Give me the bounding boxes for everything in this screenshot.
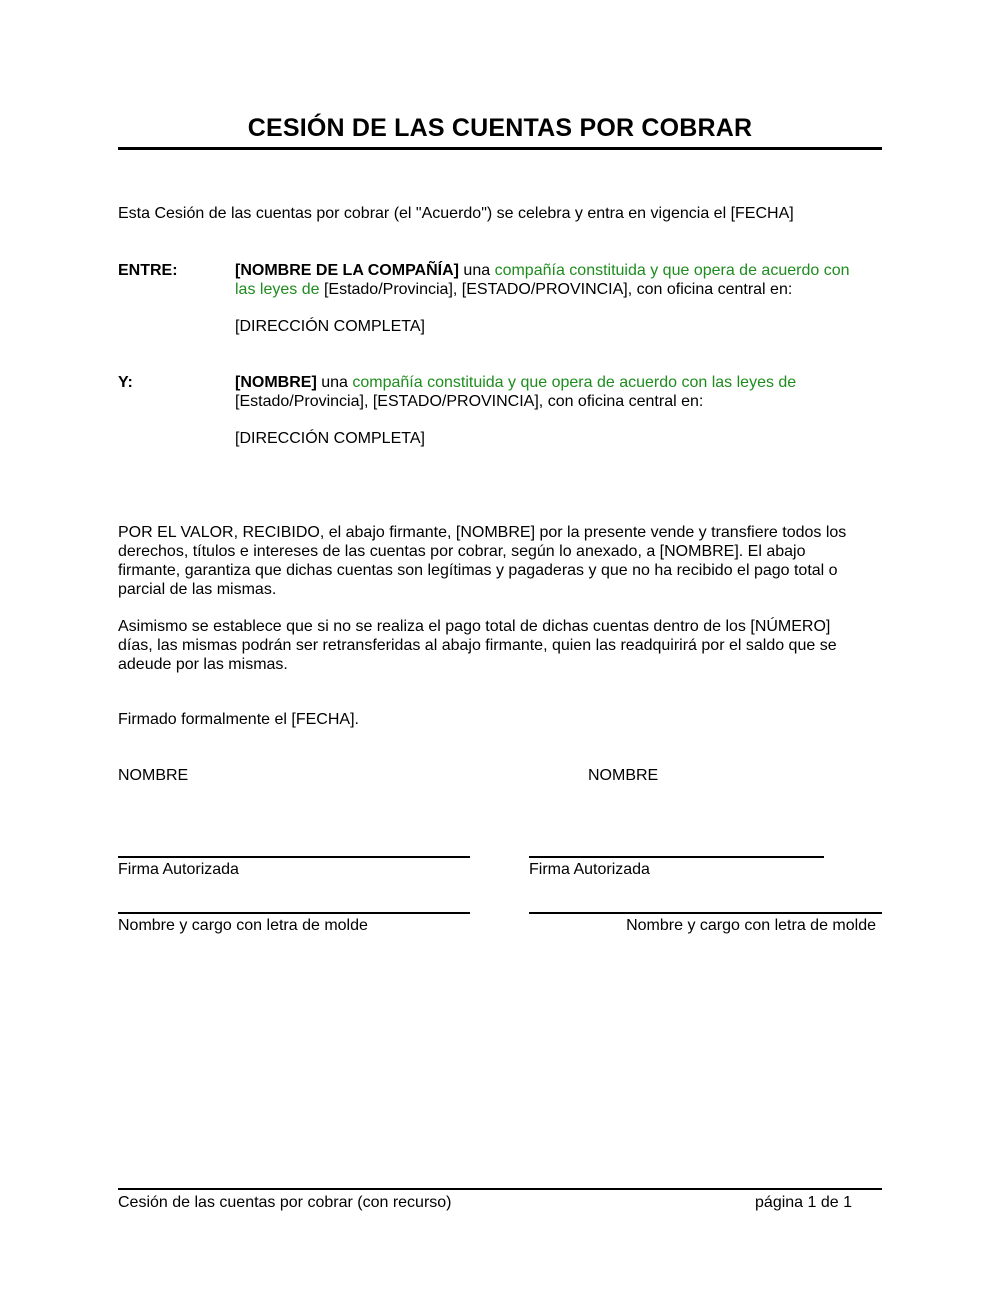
- party-1-green-text: compañía constituida y que opera de acue…: [495, 262, 850, 279]
- left-signature-line: [118, 856, 470, 858]
- left-signer-name: NOMBRE: [118, 766, 188, 785]
- party-1-una: una: [459, 262, 495, 279]
- party-1-name: [NOMBRE DE LA COMPAÑÍA]: [235, 262, 459, 279]
- party-label-y: Y:: [118, 373, 133, 392]
- party-2-name: [NOMBRE]: [235, 374, 317, 391]
- left-print-line: [118, 912, 470, 914]
- paragraph-line: firmante, garantiza que dichas cuentas s…: [118, 561, 846, 580]
- footer-rule: [118, 1188, 882, 1190]
- party-1-line-2: las leyes de [Estado/Provincia], [ESTADO…: [235, 280, 792, 299]
- paragraph-line: derechos, títulos e intereses de las cue…: [118, 542, 846, 561]
- left-print-label: Nombre y cargo con letra de molde: [118, 916, 368, 935]
- party-2-line-1: [NOMBRE] una compañía constituida y que …: [235, 373, 796, 392]
- party-label-entre: ENTRE:: [118, 261, 178, 280]
- party-1-line-1: [NOMBRE DE LA COMPAÑÍA] una compañía con…: [235, 261, 849, 280]
- paragraph-transfer: POR EL VALOR, RECIBIDO, el abajo firmant…: [118, 523, 846, 599]
- right-print-line: [529, 912, 882, 914]
- document-title: CESIÓN DE LAS CUENTAS POR COBRAR: [118, 114, 882, 143]
- footer-document-name: Cesión de las cuentas por cobrar (con re…: [118, 1193, 452, 1212]
- party-2-una: una: [317, 374, 353, 391]
- party-1-rest: [Estado/Provincia], [ESTADO/PROVINCIA], …: [320, 281, 793, 298]
- left-signature-label: Firma Autorizada: [118, 860, 239, 879]
- right-signature-label: Firma Autorizada: [529, 860, 650, 879]
- party-1-green-text-2: las leyes de: [235, 281, 320, 298]
- paragraph-line: parcial de las mismas.: [118, 580, 846, 599]
- right-signer-name: NOMBRE: [588, 766, 658, 785]
- right-signature-line: [529, 856, 824, 858]
- party-1-address: [DIRECCIÓN COMPLETA]: [235, 317, 425, 336]
- party-2-line-2: [Estado/Provincia], [ESTADO/PROVINCIA], …: [235, 392, 703, 411]
- paragraph-line: Asimismo se establece que si no se reali…: [118, 617, 837, 636]
- party-2-green-text: compañía constituida y que opera de acue…: [352, 374, 796, 391]
- signed-date-text: Firmado formalmente el [FECHA].: [118, 710, 359, 729]
- paragraph-retransfer: Asimismo se establece que si no se reali…: [118, 617, 837, 674]
- footer-page-number: página 1 de 1: [755, 1193, 852, 1212]
- party-2-address: [DIRECCIÓN COMPLETA]: [235, 429, 425, 448]
- right-print-label: Nombre y cargo con letra de molde: [626, 916, 876, 935]
- paragraph-line: adeude por las mismas.: [118, 655, 837, 674]
- title-rule: [118, 147, 882, 150]
- intro-text: Esta Cesión de las cuentas por cobrar (e…: [118, 204, 794, 223]
- paragraph-line: días, las mismas podrán ser retransferid…: [118, 636, 837, 655]
- paragraph-line: POR EL VALOR, RECIBIDO, el abajo firmant…: [118, 523, 846, 542]
